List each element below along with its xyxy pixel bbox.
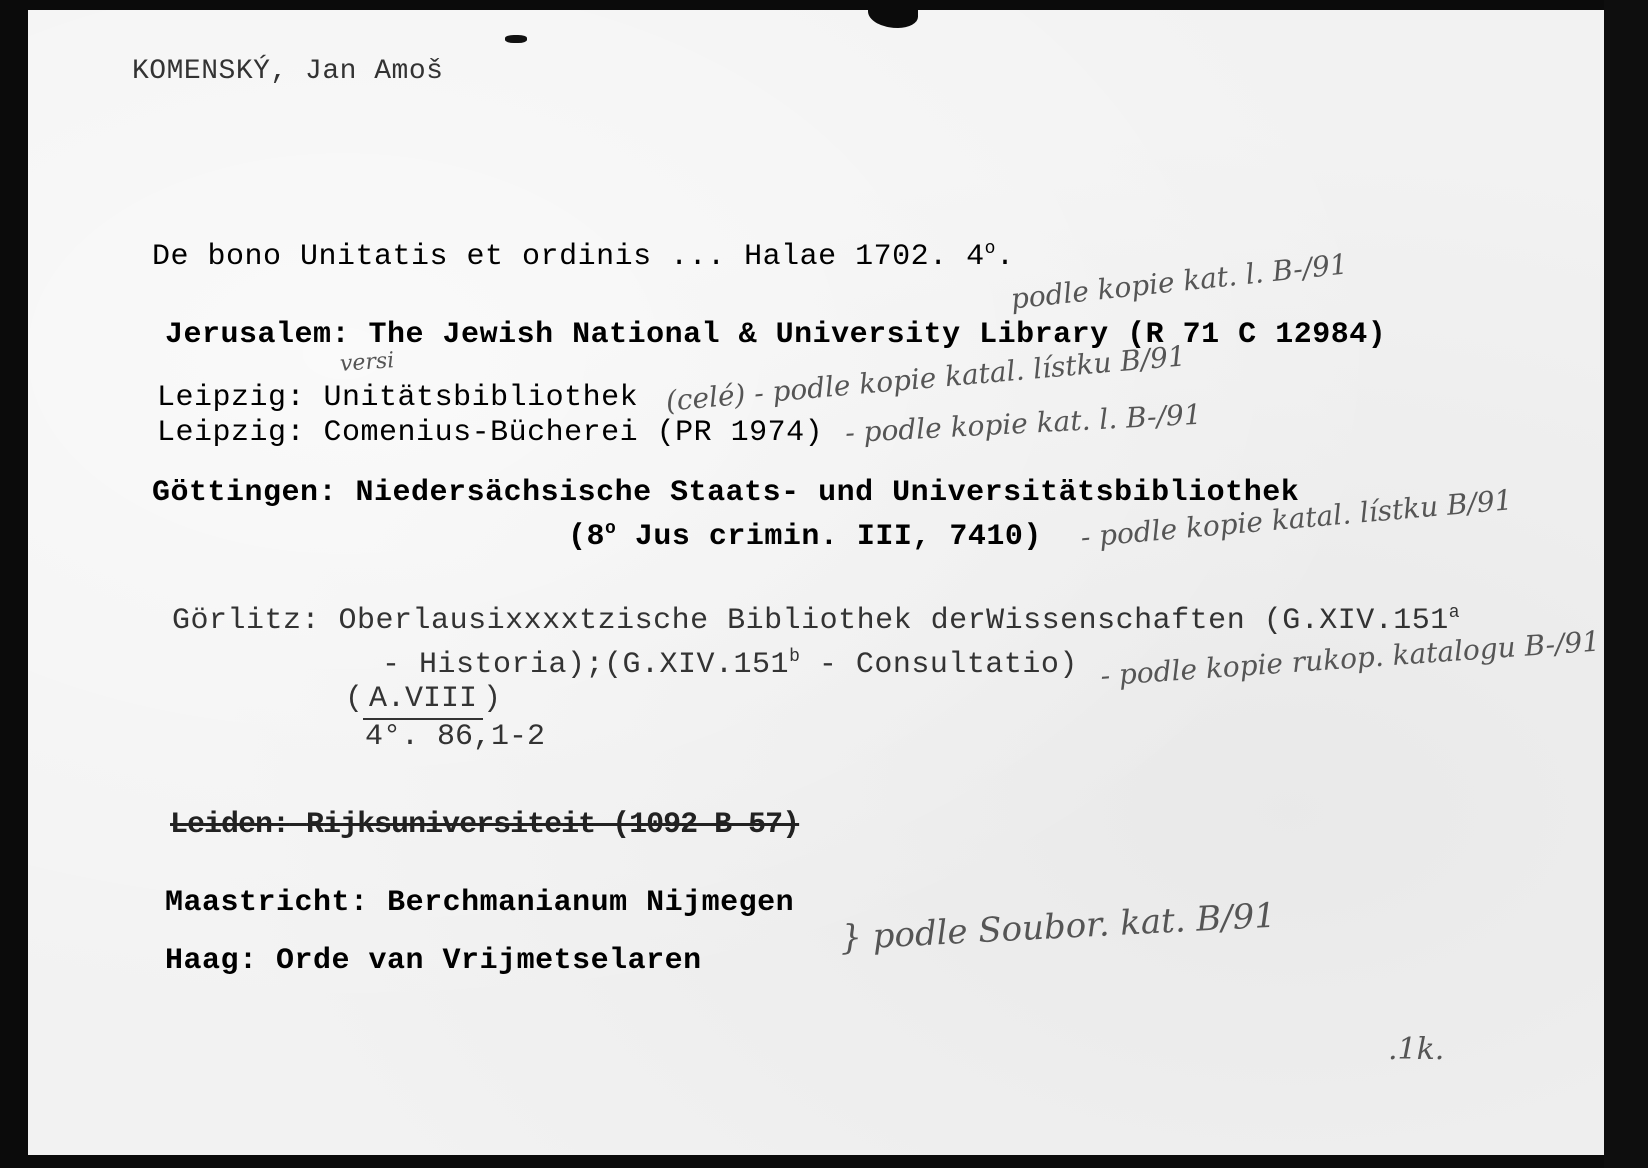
holding-leipzig-2: Leipzig: Comenius-Bücherei (PR 1974) [157,418,823,448]
holding-city: Görlitz: [172,604,320,638]
line2-sup: b [789,647,800,667]
holding-library: Oberlausixxxxtzische Bibliothek derWisse… [339,604,1449,638]
page-number: .1k. [1388,1035,1444,1065]
goerlitz-line-2: - Historia);(G.XIV.151b - Consultatio) [382,650,1078,680]
line2-post: - Consultatio) [800,648,1078,682]
holding-city: Jerusalem: [165,318,350,352]
holding-city: Leiden: [170,808,289,842]
holding-city: Leipzig: [157,381,305,415]
goettingen-shelfmark: (8o Jus crimin. III, 7410) [568,522,1042,552]
catalog-card [28,10,1606,1155]
holding-goettingen: Göttingen: Niedersächsische Staats- und … [152,478,1299,508]
holding-city: Leipzig: [157,416,305,450]
holding-library: Comenius-Bücherei (PR 1974) [324,416,824,450]
holding-haag: Haag: Orde van Vrijmetselaren [165,946,702,976]
holding-goerlitz: Görlitz: Oberlausixxxxtzische Bibliothek… [172,606,1460,636]
handwritten-insertion: versi [339,350,395,376]
fraction-denominator: 4°. 86,1-2 [345,720,545,754]
scan-border [1604,0,1648,1168]
ink-mark [505,35,527,43]
holding-library: Berchmanianum Nijmegen [387,886,794,920]
holding-library: Orde van Vrijmetselaren [276,944,702,978]
fraction-numerator: A.VIII [363,682,483,720]
title-end: . [996,240,1015,274]
holding-jerusalem: Jerusalem: The Jewish National & Univers… [165,320,1386,350]
line2-pre: - Historia);(G.XIV.151 [382,648,789,682]
holding-city: Göttingen: [152,476,337,510]
shelfmark-pre: (8 [568,520,605,554]
title-text: De bono Unitatis et ordinis ... Halae 17… [152,240,985,274]
holding-city: Haag: [165,944,258,978]
holding-library: Rijksuniversiteit (1092 B 57) [306,808,799,842]
holding-city: Maastricht: [165,886,369,920]
author-heading: KOMENSKÝ, Jan Amoš [132,58,443,86]
format-sup: o [985,239,996,259]
holding-maastricht: Maastricht: Berchmanianum Nijmegen [165,888,794,918]
shelfmark-sup: o [605,519,616,539]
title-line: De bono Unitatis et ordinis ... Halae 17… [152,242,1014,272]
holding-leipzig-1: Leipzig: Unitätsbibliothek [157,383,638,413]
library-sup: a [1449,603,1460,623]
shelfmark-post: Jus crimin. III, 7410) [616,520,1042,554]
holding-library: Unitätsbibliothek [324,381,639,415]
holding-library: Niedersächsische Staats- und Universität… [356,476,1300,510]
goerlitz-shelf-fraction: (A.VIII) 4°. 86,1-2 [345,682,545,754]
holding-leiden-struck: Leiden: Rijksuniversiteit (1092 B 57) [170,810,799,840]
holding-library: The Jewish National & University Library… [369,318,1387,352]
